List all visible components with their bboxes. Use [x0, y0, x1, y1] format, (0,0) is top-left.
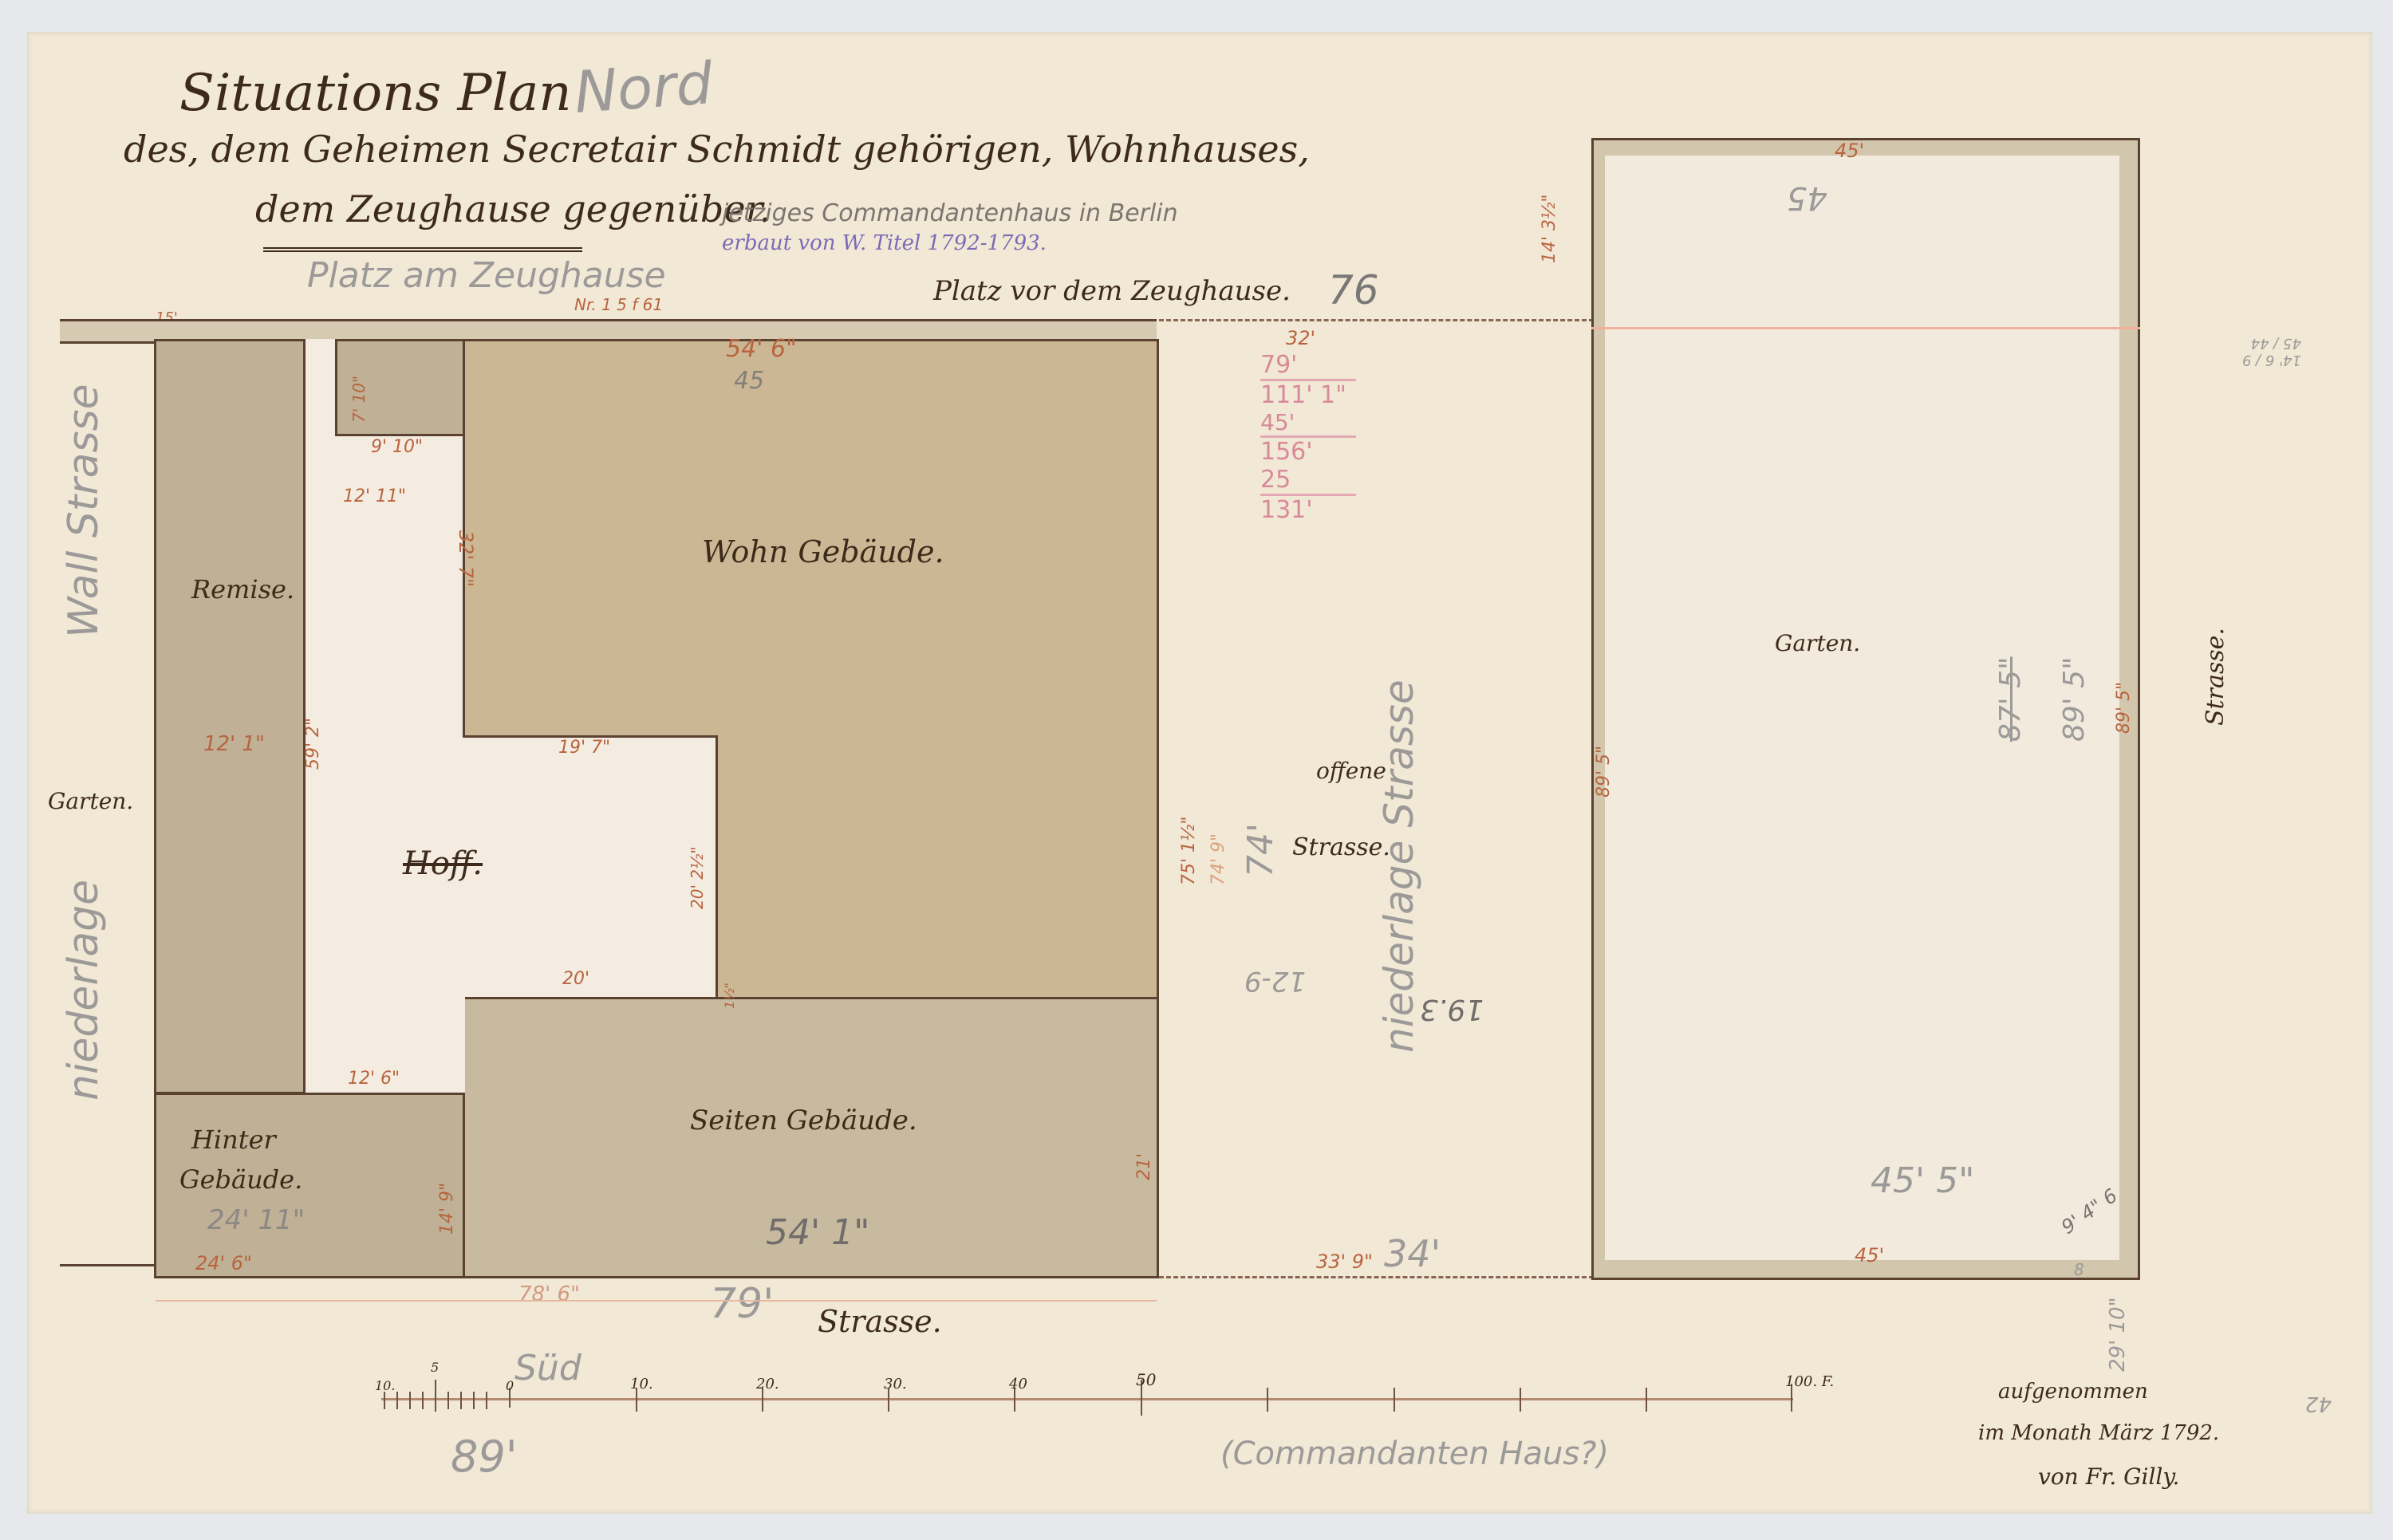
pencil-commandanten-haus: (Commandanten Haus?) [1220, 1436, 1609, 1472]
scale-label-5: 5 [431, 1360, 439, 1375]
dim-bottom-total: 78' 6" [518, 1282, 580, 1306]
pencil-12-9: 12-9 [1244, 965, 1306, 997]
label-garten-right: Garten. [1775, 630, 1860, 656]
bottom-dimension-line [156, 1300, 1157, 1302]
pencil-hinter-24-11: 24' 11" [207, 1204, 305, 1236]
scale-bar [381, 1398, 1793, 1400]
dim-street-left-2: 74' 9" [1208, 833, 1228, 885]
dim-9-10: 9' 10" [371, 437, 423, 457]
pencil-niederlage-left: niederlage [60, 880, 108, 1101]
dim-garden-bottom: 45' [1855, 1244, 1884, 1266]
street-label-platz-am-zeughause: Platz am Zeughause [307, 255, 666, 296]
south-label: Süd [514, 1348, 581, 1388]
signature-line-1: aufgenommen [1998, 1380, 2148, 1404]
label-wohn-gebaeude: Wohn Gebäude. [702, 534, 944, 569]
pencil-garden-45: 45 [1787, 179, 1827, 216]
scale-label-40: 40 [1009, 1376, 1027, 1392]
pencil-bottom-79: 79' [710, 1280, 774, 1328]
pencil-19-3: 19.3 [1420, 993, 1484, 1026]
pencil-garden-45-5: 45' 5" [1871, 1160, 1974, 1201]
dim-remise-width: 12' 1" [203, 732, 265, 756]
pencil-wall-strasse: Wall Strasse [60, 384, 108, 638]
pencil-45-wohn: 45 [734, 367, 764, 395]
red-chalk-line [1591, 327, 2140, 329]
street-label-right: Strasse. [2202, 628, 2229, 726]
dim-strip-nr1: Nr. 1 5 f 61 [574, 295, 663, 314]
pencil-garden-8: 8 [2074, 1260, 2084, 1279]
dim-hof-top: 19' 7" [558, 738, 610, 758]
pencil-garden-87-5: 87' 5" [1994, 656, 2027, 742]
title-line-3: dem Zeughause gegenüber. [255, 187, 771, 230]
scale-label-0: 0 [506, 1378, 514, 1393]
dim-small-box: 7' 10" [349, 376, 369, 423]
pencil-corner-number: 42 [2305, 1392, 2332, 1416]
dim-hof-right: 20' 2½" [688, 846, 707, 909]
dim-street-left-1: 75' 1½" [1179, 817, 1199, 885]
pencil-garden-89-5: 89' 5" [2058, 656, 2091, 742]
scale-label-50: 50 [1136, 1370, 1156, 1389]
dim-hinter-height: 14' 9" [437, 1183, 457, 1235]
pencil-seiten-54-1: 54' 1" [766, 1212, 869, 1253]
dim-seiten-right: 21' [1134, 1153, 1154, 1180]
scale-label-30: 30. [884, 1376, 907, 1392]
label-hof: Hoff. [403, 845, 483, 882]
scale-label-20: 20. [756, 1376, 779, 1392]
annotation-commandantenhaus: jetziges Commandantenhaus in Berlin [722, 199, 1178, 227]
dim-garden-left: 89' 5" [1594, 746, 1614, 798]
north-label: Nord [572, 49, 715, 126]
title-line-2: des, dem Geheimen Secretair Schmidt gehö… [124, 128, 1310, 171]
scale-label-10-left: 10. [375, 1378, 395, 1393]
annotation-erbaut: erbaut von W. Titel 1792-1793. [722, 231, 1047, 255]
dim-garden-top: 45' [1835, 140, 1864, 162]
pencil-niederlage-strasse: niederlage Strasse [1376, 679, 1422, 1053]
dim-street-bottom: 33' 9" [1316, 1251, 1373, 1273]
scale-label-100: 100. F. [1785, 1373, 1834, 1390]
dim-wohn-top: 54' 6" [726, 335, 797, 363]
street-label-offene: offene [1316, 758, 1386, 784]
dim-hof-lower: 12' 6" [348, 1069, 400, 1089]
signature-line-2: im Monath März 1792. [1978, 1421, 2219, 1445]
pencil-margin-calc: 14' 6 / 9 45 / 44 [2229, 335, 2301, 368]
dim-12-11: 12' 11" [343, 486, 406, 506]
building-remise [154, 339, 306, 1094]
signature-line-3: von Fr. Gilly. [2038, 1463, 2179, 1490]
left-boundary-line [60, 1264, 156, 1266]
courtyard-hof [463, 735, 718, 998]
label-remise: Remise. [191, 574, 294, 605]
label-hinter: Hinter [191, 1124, 276, 1155]
street-label-strasse-middle: Strasse. [1292, 833, 1390, 861]
label-gebaeude: Gebäude. [179, 1164, 302, 1195]
title-underline-flourish [263, 239, 582, 252]
label-seiten-gebaeude: Seiten Gebäude. [690, 1105, 917, 1136]
pencil-29-10: 29' 10" [2106, 1297, 2130, 1372]
dim-street-top: 32' [1286, 327, 1315, 349]
pencil-74: 74' [1240, 823, 1281, 877]
label-garten-left: Garten. [48, 788, 133, 814]
dim-hof-bottom: 20' [562, 969, 589, 989]
dim-hof-height: 59' 2" [303, 718, 323, 770]
dim-wohn-left: 32' 7" [455, 530, 477, 587]
dim-hinter-width: 24' 6" [195, 1252, 252, 1274]
garden-area [1605, 156, 2119, 1260]
street-bottom-dashed-line [1159, 1276, 1594, 1278]
dim-hof-step: 1½" [722, 983, 737, 1009]
scale-label-10: 10. [630, 1376, 653, 1392]
street-top-dashed-line [1159, 319, 1594, 321]
pencil-89: 89' [451, 1432, 518, 1482]
dim-garden-right: 89' 5" [2114, 682, 2134, 734]
pencil-76: 76 [1328, 267, 1379, 313]
dim-garden-corner: 14' 3½" [1539, 195, 1559, 263]
street-label-bottom: Strasse. [818, 1304, 942, 1339]
pink-calculation: 79' 111' 1" 45' 156' 25 131' [1260, 351, 1356, 524]
street-label-platz-vor-dem-zeughause: Platz vor dem Zeughause. [933, 275, 1291, 307]
title-line-1: Situations Plan [179, 64, 571, 123]
pencil-34: 34' [1384, 1232, 1441, 1275]
